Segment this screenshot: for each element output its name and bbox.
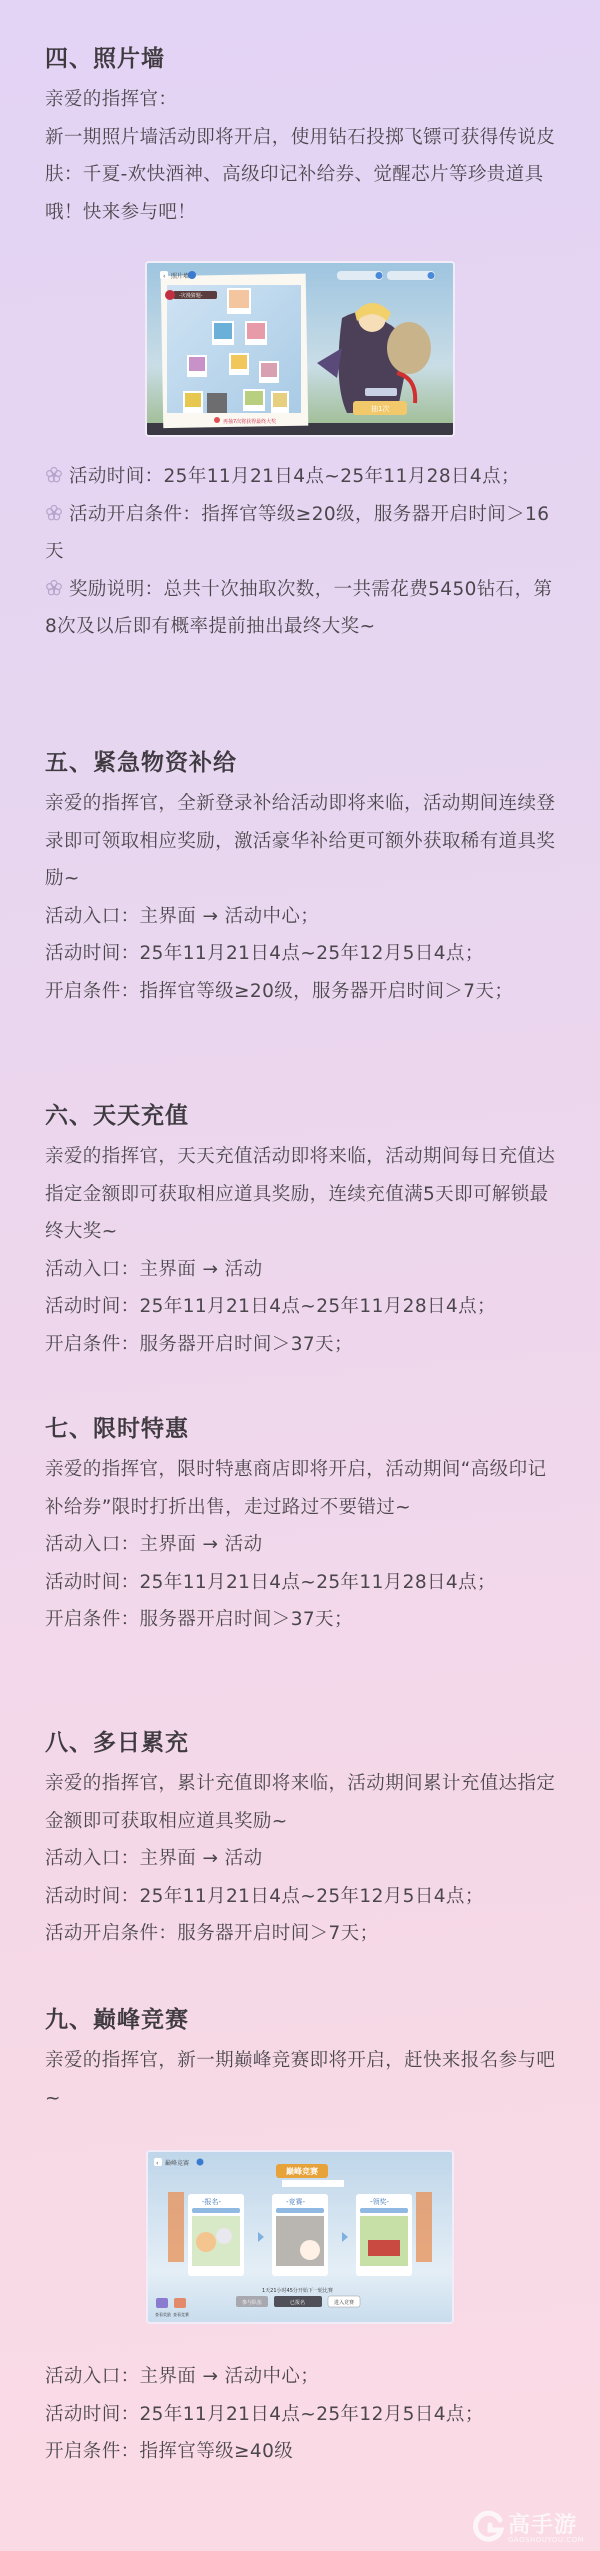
article-page: 四、照片墙 亲爱的指挥官： 新一期照片墙活动即将开启，使用钻石投掷飞镖可获得传说… — [0, 0, 600, 2551]
section-heading: 九、巅峰竞赛 — [45, 2005, 557, 2035]
svg-text:进入竞赛: 进入竞赛 — [334, 2299, 354, 2306]
svg-text:巅峰竞赛: 巅峰竞赛 — [165, 2159, 189, 2167]
svg-text:已报名: 已报名 — [290, 2299, 305, 2306]
g-logo-icon — [472, 2510, 504, 2546]
photo-wall-screenshot: 再抽7次将获得最终大奖 -灾漫猜题- ‹ 照片墙 — [147, 263, 453, 435]
section-description: 亲爱的指挥官，全新登录补给活动即将来临，活动期间连续登录即可领取相应奖励，激活豪… — [45, 785, 557, 898]
activity-time: 活动时间：25年11月21日4点~25年12月5日4点； — [45, 2396, 557, 2434]
section-heading: 七、限时特惠 — [45, 1414, 557, 1444]
section-description: 亲爱的指挥官，新一期巅峰竞赛即将开启，赶快来报名参与吧~ — [45, 2042, 557, 2117]
open-condition: 开启条件：服务器开启时间＞37天； — [45, 1326, 557, 1364]
svg-text:抽1次: 抽1次 — [371, 404, 389, 413]
section-heading: 八、多日累充 — [45, 1728, 557, 1758]
activity-entry: 活动入口：主界面 → 活动 — [45, 1251, 557, 1289]
svg-text:-竞赛-: -竞赛- — [286, 2197, 306, 2206]
section-peak-competition: 九、巅峰竞赛 亲爱的指挥官，新一期巅峰竞赛即将开启，赶快来报名参与吧~ — [45, 2005, 557, 2117]
section-description: 亲爱的指挥官，限时特惠商店即将开启，活动期间“高级印记补给券”限时打折出售，走过… — [45, 1451, 557, 1526]
section-heading: 四、照片墙 — [45, 44, 557, 74]
bullet-item-reward: 奖励说明：总共十次抽取次数，一共需花费5450钻石，第8次及以后即有概率提前抽出… — [45, 571, 557, 646]
activity-entry: 活动入口：主界面 → 活动 — [45, 1526, 557, 1564]
section-cumulative-recharge: 八、多日累充 亲爱的指挥官，累计充值即将来临，活动期间累计充值达指定金额即可获取… — [45, 1728, 557, 1953]
bullet-item-condition: 活动开启条件：指挥官等级≥20级，服务器开启时间＞16天 — [45, 496, 557, 571]
peak-competition-screenshot: ‹ 巅峰竞赛 巅峰竞赛 -报名- -竞赛- -领奖- 1天21小时45分开始 — [148, 2152, 452, 2322]
open-condition: 开启条件：指挥官等级≥40级 — [45, 2433, 557, 2471]
svg-text:-领奖-: -领奖- — [370, 2197, 390, 2206]
open-condition: 开启条件：指挥官等级≥20级，服务器开启时间＞7天； — [45, 973, 557, 1011]
bullet-text: 活动开启条件：指挥官等级≥20级，服务器开启时间＞16天 — [45, 504, 549, 563]
bullet-text: 活动时间：25年11月21日4点~25年11月28日4点； — [69, 466, 520, 487]
svg-text:照片墙: 照片墙 — [171, 272, 189, 280]
activity-time: 活动时间：25年11月21日4点~25年11月28日4点； — [45, 1288, 557, 1326]
bullet-text: 奖励说明：总共十次抽取次数，一共需花费5450钻石，第8次及以后即有概率提前抽出… — [45, 579, 552, 638]
bullet-item-time: 活动时间：25年11月21日4点~25年11月28日4点； — [45, 458, 557, 496]
activity-time: 活动时间：25年11月21日4点~25年12月5日4点； — [45, 1878, 557, 1916]
flower-bullet-icon — [45, 498, 63, 516]
open-condition: 开启条件：服务器开启时间＞37天； — [45, 1601, 557, 1639]
svg-text:-报名-: -报名- — [202, 2197, 222, 2206]
activity-entry: 活动入口：主界面 → 活动中心； — [45, 2358, 557, 2396]
section-description: 亲爱的指挥官，累计充值即将来临，活动期间累计充值达指定金额即可获取相应道具奖励~ — [45, 1765, 557, 1840]
activity-time: 活动时间：25年11月21日4点~25年11月28日4点； — [45, 1564, 557, 1602]
open-condition: 活动开启条件：服务器开启时间＞7天； — [45, 1915, 557, 1953]
activity-entry: 活动入口：主界面 → 活动 — [45, 1840, 557, 1878]
section-daily-recharge: 六、天天充值 亲爱的指挥官，天天充值活动即将来临，活动期间每日充值达指定金额即可… — [45, 1101, 557, 1364]
svg-text:参与队伍: 参与队伍 — [242, 2299, 262, 2306]
watermark: 高手游 GAOSHOUYOU.COM — [472, 2508, 596, 2548]
svg-text:‹: ‹ — [163, 273, 165, 280]
section-limited-offer: 七、限时特惠 亲爱的指挥官，限时特惠商店即将开启，活动期间“高级印记补给券”限时… — [45, 1414, 557, 1639]
section-photo-wall: 四、照片墙 亲爱的指挥官： 新一期照片墙活动即将开启，使用钻石投掷飞镖可获得传说… — [45, 44, 557, 231]
flower-bullet-icon — [45, 460, 63, 478]
watermark-domain: GAOSHOUYOU.COM — [508, 2536, 584, 2544]
svg-text:查看竞赛: 查看竞赛 — [173, 2311, 189, 2317]
svg-text:1天21小时45分开始下一轮比赛: 1天21小时45分开始下一轮比赛 — [262, 2287, 333, 2294]
section-heading: 六、天天充值 — [45, 1101, 557, 1131]
peak-competition-details: 活动入口：主界面 → 活动中心； 活动时间：25年11月21日4点~25年12月… — [45, 2358, 557, 2471]
activity-time: 活动时间：25年11月21日4点~25年12月5日4点； — [45, 935, 557, 973]
svg-text:再抽7次将获得最终大奖: 再抽7次将获得最终大奖 — [223, 418, 276, 425]
section-description: 亲爱的指挥官，天天充值活动即将来临，活动期间每日充值达指定金额即可获取相应道具奖… — [45, 1138, 557, 1251]
watermark-name: 高手游 — [508, 2508, 577, 2539]
svg-text:-灾漫猜题-: -灾漫猜题- — [179, 292, 203, 299]
section-description: 新一期照片墙活动即将开启，使用钻石投掷飞镖可获得传说皮肤：千夏-欢快酒神、高级印… — [45, 119, 557, 232]
svg-text:巅峰竞赛: 巅峰竞赛 — [286, 2166, 318, 2176]
greeting: 亲爱的指挥官： — [45, 81, 557, 119]
svg-text:查看奖励: 查看奖励 — [155, 2311, 171, 2317]
activity-entry: 活动入口：主界面 → 活动中心； — [45, 898, 557, 936]
section-heading: 五、紧急物资补给 — [45, 748, 557, 778]
photo-wall-details: 活动时间：25年11月21日4点~25年11月28日4点； 活动开启条件：指挥官… — [45, 458, 557, 646]
section-emergency-supply: 五、紧急物资补给 亲爱的指挥官，全新登录补给活动即将来临，活动期间连续登录即可领… — [45, 748, 557, 1011]
flower-bullet-icon — [45, 573, 63, 591]
svg-text:‹: ‹ — [156, 2160, 158, 2167]
